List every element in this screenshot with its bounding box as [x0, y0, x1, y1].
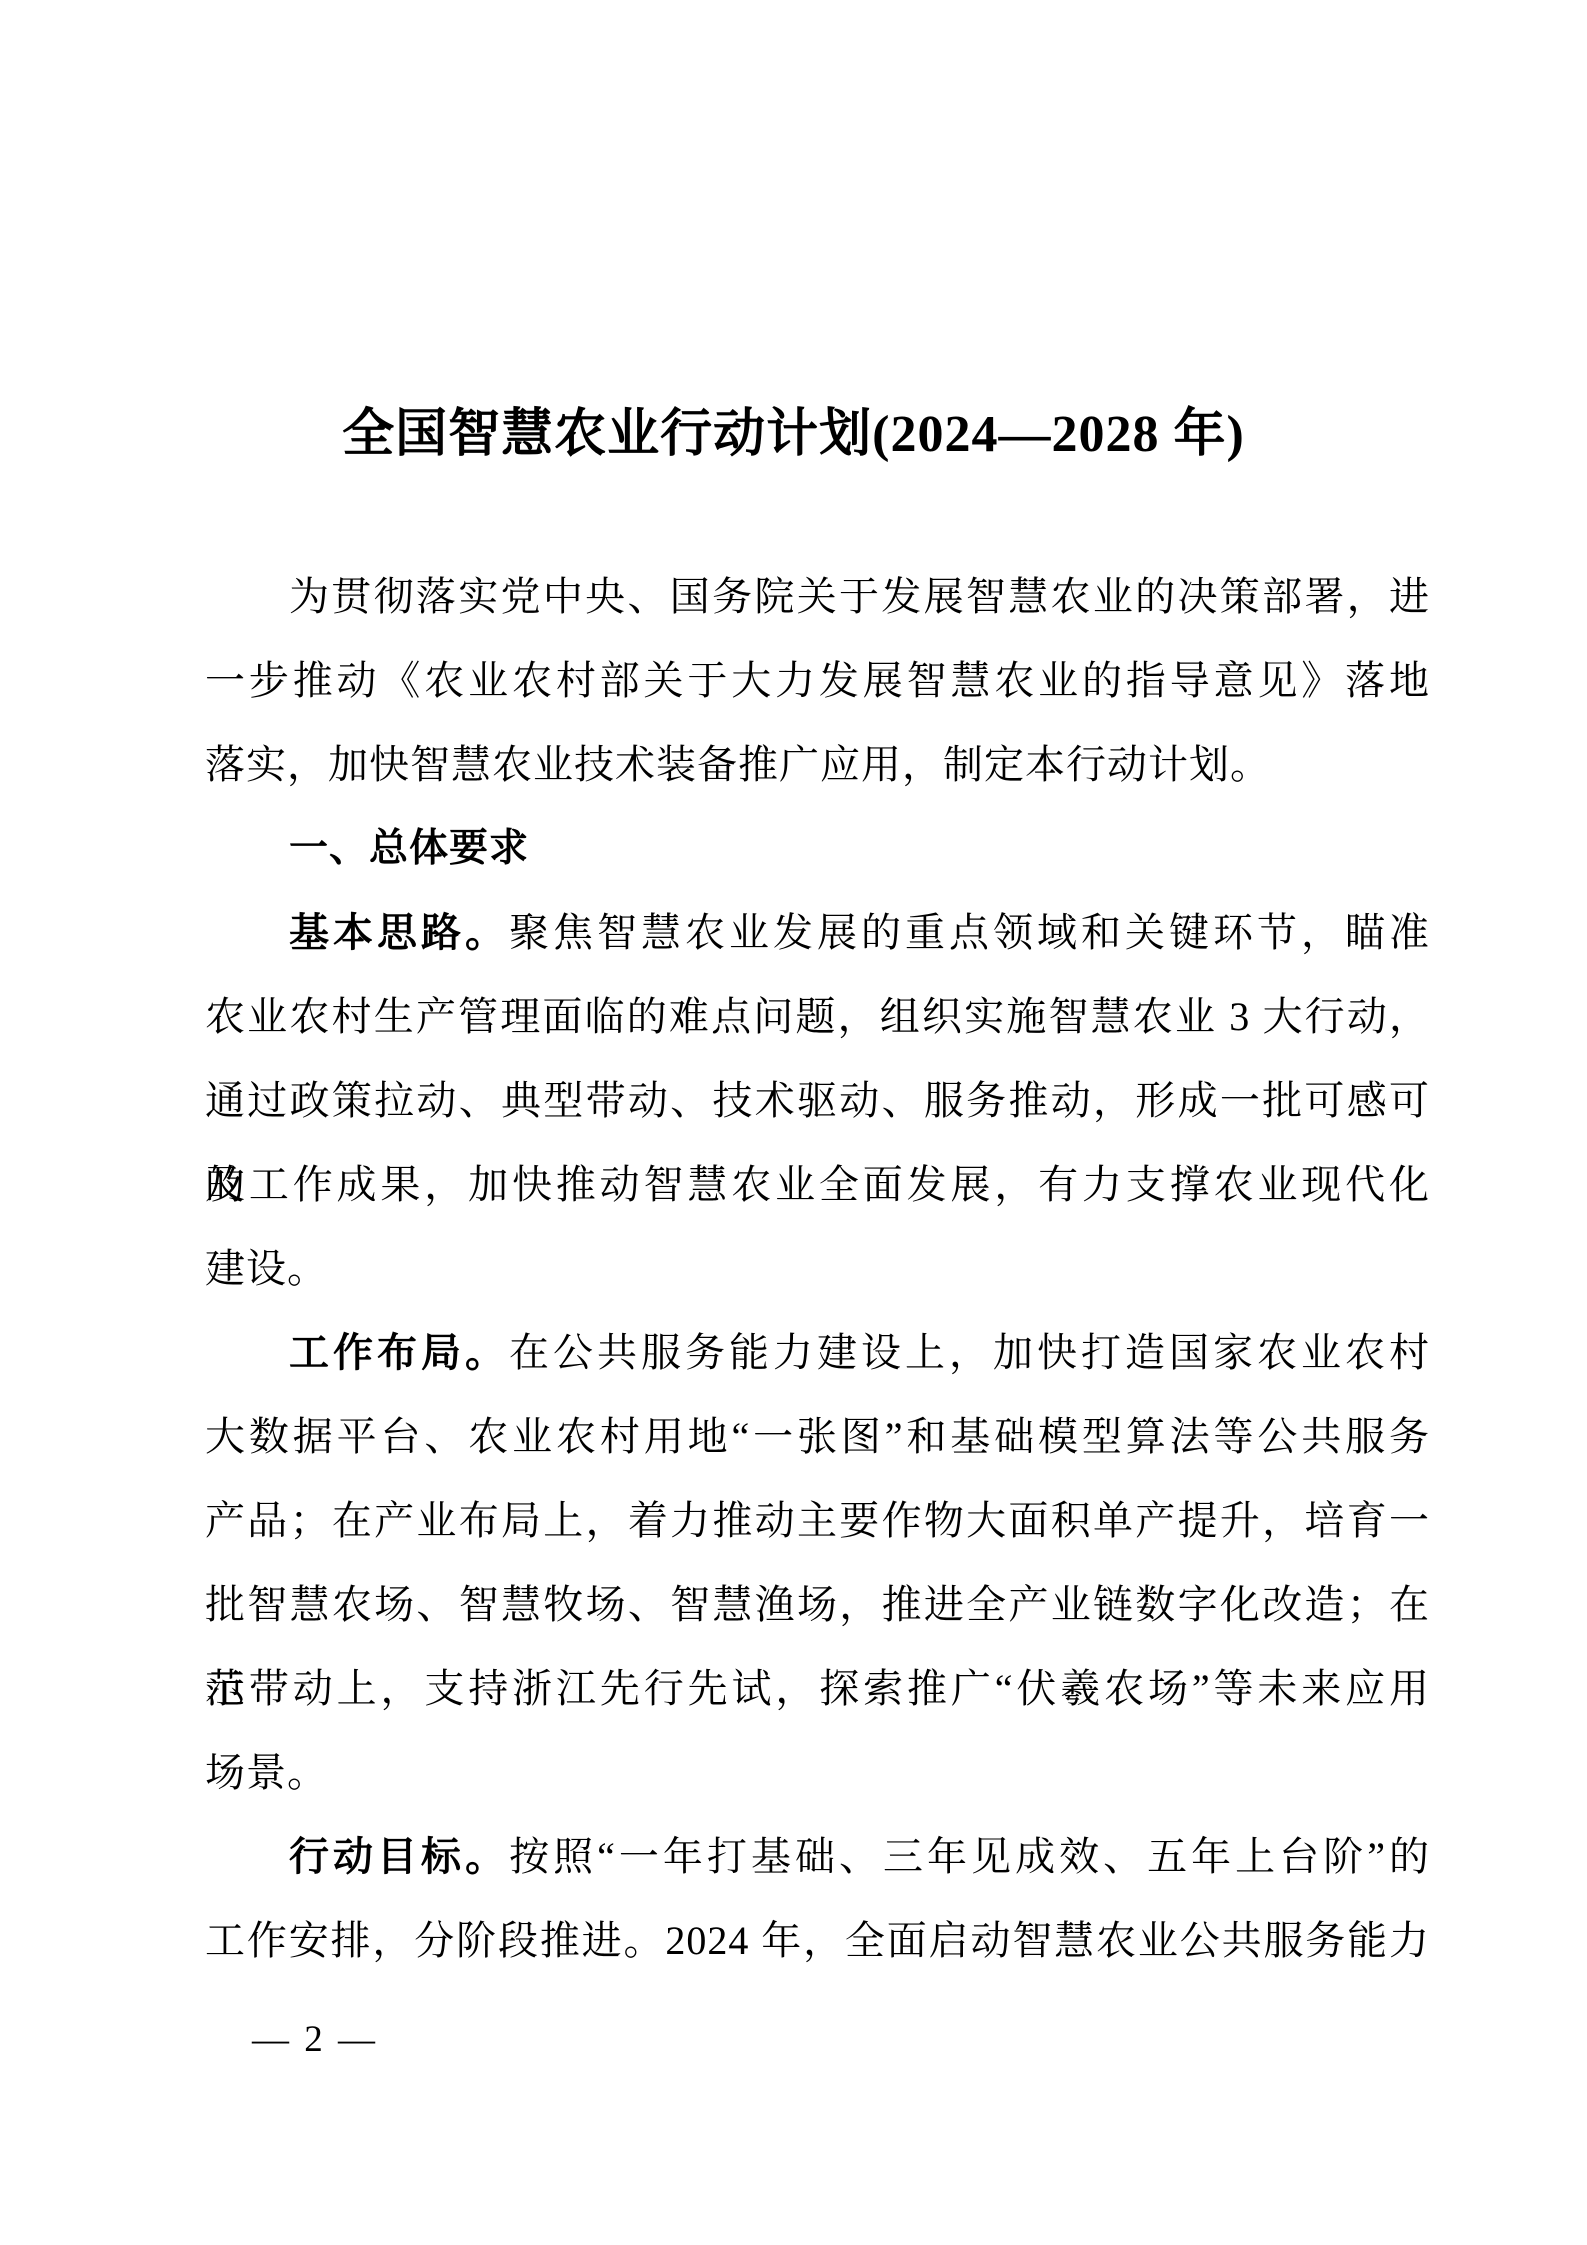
text-line: 范带动上，支持浙江先行先试，探索推广“伏羲农场”等未来应用 — [205, 1647, 1430, 1731]
line-text: 场景。 — [205, 1750, 328, 1795]
document-body: 为贯彻落实党中央、国务院关于发展智慧农业的决策部署，进 一步推动《农业农村部关于… — [205, 555, 1430, 1983]
line-text: 为贯彻落实党中央、国务院关于发展智慧农业的决策部署，进 — [289, 574, 1430, 619]
line-text: 农业农村生产管理面临的难点问题，组织实施智慧农业 3 大行动， — [205, 994, 1430, 1039]
text-line: 场景。 — [205, 1731, 1430, 1815]
page-number: — 2 — — [252, 2016, 378, 2064]
text-line: 批智慧农场、智慧牧场、智慧渔场，推进全产业链数字化改造；在示 — [205, 1563, 1430, 1647]
line-text: 范带动上，支持浙江先行先试，探索推广“伏羲农场”等未来应用 — [205, 1666, 1430, 1711]
line-text: 工作安排，分阶段推进。2024 年，全面启动智慧农业公共服务能力 — [205, 1918, 1430, 1963]
text-line: 通过政策拉动、典型带动、技术驱动、服务推动，形成一批可感可及 — [205, 1059, 1430, 1143]
document-title: 全国智慧农业行动计划(2024—2028 年) — [0, 400, 1587, 470]
text-line: 产品；在产业布局上，着力推动主要作物大面积单产提升，培育一 — [205, 1479, 1430, 1563]
text-line: 工作安排，分阶段推进。2024 年，全面启动智慧农业公共服务能力 — [205, 1899, 1430, 1983]
line-text: 按照“一年打基础、三年见成效、五年上台阶”的 — [509, 1834, 1430, 1879]
text-line: 为贯彻落实党中央、国务院关于发展智慧农业的决策部署，进 — [205, 555, 1430, 639]
text-line: 农业农村生产管理面临的难点问题，组织实施智慧农业 3 大行动， — [205, 975, 1430, 1059]
line-text: 大数据平台、农业农村用地“一张图”和基础模型算法等公共服务 — [205, 1414, 1430, 1459]
line-text: 的工作成果，加快推动智慧农业全面发展，有力支撑农业现代化 — [205, 1162, 1430, 1207]
line-text: 聚焦智慧农业发展的重点领域和关键环节，瞄准 — [509, 910, 1430, 955]
text-line: 大数据平台、农业农村用地“一张图”和基础模型算法等公共服务 — [205, 1395, 1430, 1479]
paragraph-lead: 行动目标。 — [289, 1834, 509, 1879]
line-text: 产品；在产业布局上，着力推动主要作物大面积单产提升，培育一 — [205, 1498, 1430, 1543]
text-line: 的工作成果，加快推动智慧农业全面发展，有力支撑农业现代化 — [205, 1143, 1430, 1227]
text-line: 基本思路。聚焦智慧农业发展的重点领域和关键环节，瞄准 — [205, 891, 1430, 975]
text-line: 一步推动《农业农村部关于大力发展智慧农业的指导意见》落地 — [205, 639, 1430, 723]
paragraph-lead: 基本思路。 — [289, 910, 509, 955]
document-page: 全国智慧农业行动计划(2024—2028 年) 为贯彻落实党中央、国务院关于发展… — [0, 0, 1587, 2245]
text-line: 行动目标。按照“一年打基础、三年见成效、五年上台阶”的 — [205, 1815, 1430, 1899]
line-text: 建设。 — [205, 1246, 328, 1291]
text-line: 建设。 — [205, 1227, 1430, 1311]
text-line: 落实，加快智慧农业技术装备推广应用，制定本行动计划。 — [205, 723, 1430, 807]
heading-text: 一、总体要求 — [289, 827, 529, 870]
line-text: 在公共服务能力建设上，加快打造国家农业农村 — [509, 1330, 1430, 1375]
paragraph-lead: 工作布局。 — [289, 1330, 509, 1375]
line-text: 一步推动《农业农村部关于大力发展智慧农业的指导意见》落地 — [205, 658, 1430, 703]
section-heading: 一、总体要求 — [205, 807, 1430, 891]
text-line: 工作布局。在公共服务能力建设上，加快打造国家农业农村 — [205, 1311, 1430, 1395]
line-text: 落实，加快智慧农业技术装备推广应用，制定本行动计划。 — [205, 742, 1271, 787]
